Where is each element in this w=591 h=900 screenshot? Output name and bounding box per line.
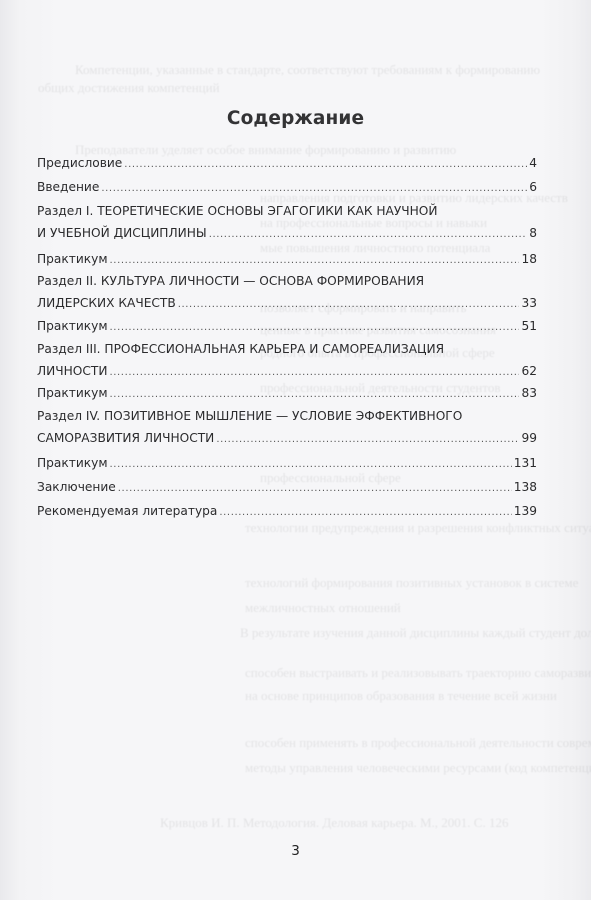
page-number: 3: [0, 843, 591, 859]
toc-entry-label-line2: ЛИЧНОСТИ: [37, 363, 107, 379]
toc-entry-practicum-4[interactable]: Практикум 131: [37, 455, 537, 473]
toc-entry-section-3[interactable]: Раздел III. ПРОФЕССИОНАЛЬНАЯ КАРЬЕРА И С…: [37, 341, 537, 381]
leader-dots: [110, 320, 520, 336]
toc-entry-label: Введение: [37, 179, 99, 195]
toc-entry-practicum-2[interactable]: Практикум 51: [37, 318, 537, 336]
toc-entry-label: Рекомендуемая литература: [37, 503, 217, 519]
toc-entry-page: 8: [529, 225, 537, 241]
toc-entry-practicum-1[interactable]: Практикум 18: [37, 251, 537, 269]
toc-entry-page: 99: [521, 430, 537, 446]
toc-entry-label: Предисловие: [37, 155, 122, 171]
toc-entry-page: 139: [514, 503, 537, 519]
leader-dots: [178, 297, 520, 313]
toc-entry-section-2[interactable]: Раздел II. КУЛЬТУРА ЛИЧНОСТИ — ОСНОВА ФО…: [37, 273, 537, 313]
toc-entry-label: Практикум: [37, 318, 108, 334]
toc-title: Содержание: [0, 108, 591, 129]
leader-dots: [209, 227, 528, 243]
leader-dots: [110, 457, 512, 473]
toc-entry-page: 6: [529, 179, 537, 195]
toc-entry-label-line2: ЛИДЕРСКИХ КАЧЕСТВ: [37, 295, 176, 311]
toc-entry-conclusion[interactable]: Заключение 138: [37, 479, 537, 497]
toc-entry-label: Практикум: [37, 455, 108, 471]
toc-entry-preface[interactable]: Предисловие 4: [37, 155, 537, 173]
leader-dots: [110, 253, 520, 269]
toc-entry-label: Заключение: [37, 479, 116, 495]
toc-entry-label-line1: Раздел II. КУЛЬТУРА ЛИЧНОСТИ — ОСНОВА ФО…: [37, 273, 424, 289]
leader-dots: [124, 157, 527, 173]
toc-entry-label: Практикум: [37, 385, 108, 401]
toc-entry-page: 131: [514, 455, 537, 471]
toc-entry-label-line1: Раздел III. ПРОФЕССИОНАЛЬНАЯ КАРЬЕРА И С…: [37, 341, 444, 357]
show-through-text: Компетенции, указанные в стандарте, соот…: [0, 0, 591, 900]
leader-dots: [101, 181, 527, 197]
leader-dots: [219, 505, 511, 521]
toc-entry-label-line1: Раздел IV. ПОЗИТИВНОЕ МЫШЛЕНИЕ — УСЛОВИЕ…: [37, 408, 462, 424]
toc-entry-practicum-3[interactable]: Практикум 83: [37, 385, 537, 403]
toc-entry-page: 62: [521, 363, 537, 379]
toc-entry-introduction[interactable]: Введение 6: [37, 179, 537, 197]
toc-entry-page: 4: [529, 155, 537, 171]
toc-entry-page: 138: [514, 479, 537, 495]
toc-entry-section-1[interactable]: Раздел I. ТЕОРЕТИЧЕСКИЕ ОСНОВЫ ЭГАГОГИКИ…: [37, 203, 537, 243]
toc-entry-label: Практикум: [37, 251, 108, 267]
toc-entry-page: 83: [521, 385, 537, 401]
toc-entry-label-line2: САМОРАЗВИТИЯ ЛИЧНОСТИ: [37, 430, 214, 446]
leader-dots: [216, 432, 519, 448]
toc-entry-label-line2: И УЧЕБНОЙ ДИСЦИПЛИНЫ: [37, 225, 207, 241]
leader-dots: [109, 365, 519, 381]
toc-entry-recommended-literature[interactable]: Рекомендуемая литература 139: [37, 503, 537, 521]
toc-entry-section-4[interactable]: Раздел IV. ПОЗИТИВНОЕ МЫШЛЕНИЕ — УСЛОВИЕ…: [37, 408, 537, 448]
toc-entry-page: 18: [521, 251, 537, 267]
toc-entry-page: 33: [521, 295, 537, 311]
toc-entry-page: 51: [521, 318, 537, 334]
book-page: Компетенции, указанные в стандарте, соот…: [0, 0, 591, 900]
leader-dots: [110, 387, 520, 403]
toc-entry-label-line1: Раздел I. ТЕОРЕТИЧЕСКИЕ ОСНОВЫ ЭГАГОГИКИ…: [37, 203, 438, 219]
leader-dots: [118, 481, 512, 497]
